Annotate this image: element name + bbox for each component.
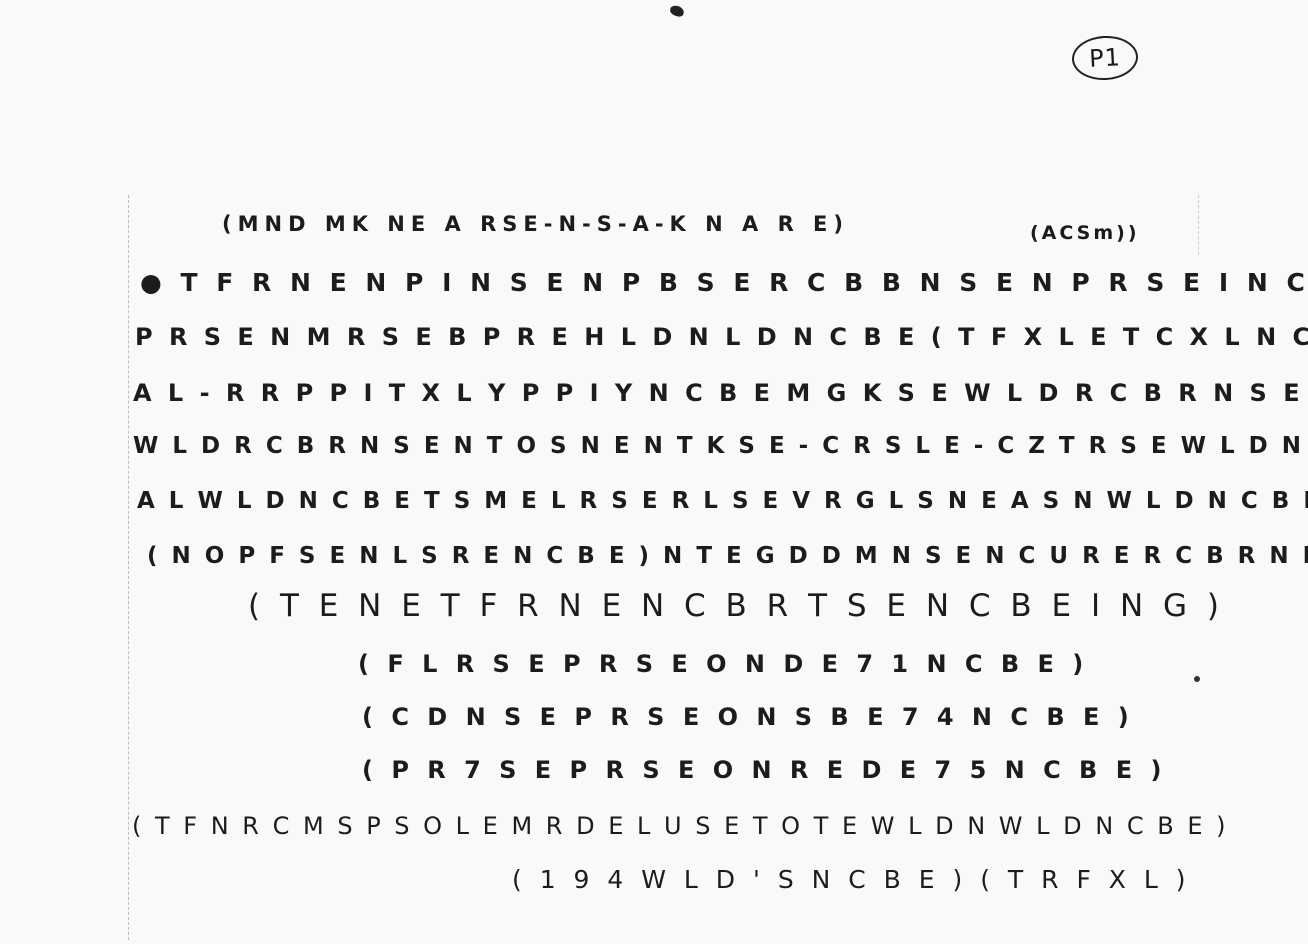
cipher-line-4: W L D R C B R N S E N T O S N E N T K S … (133, 433, 1308, 459)
cipher-line-6: ( N O P F S E N L S R E N C B E ) N T E … (147, 543, 1308, 569)
document-page: P1 (ACSm)) (MND MK NE A RSE-N-S-A-K N A … (0, 0, 1308, 944)
ink-blot (669, 4, 685, 17)
cipher-line-8: ( F L R S E P R S E O N D E 7 1 N C B E … (358, 650, 1088, 678)
cipher-line-2: P R S E N M R S E B P R E H L D N L D N … (135, 323, 1308, 351)
cipher-line-9: ( C D N S E P R S E O N S B E 7 4 N C B … (362, 703, 1134, 731)
cipher-line-5: A L W L D N C B E T S M E L R S E R L S … (137, 488, 1308, 514)
left-margin-line (128, 195, 129, 940)
cipher-line-11: ( T F N R C M S P S O L E M R D E L U S … (132, 812, 1229, 840)
page-number-circled: P1 (1071, 34, 1139, 81)
cipher-line-3: A L - R R P P I T X L Y P P I Y N C B E … (133, 379, 1308, 407)
cipher-line-1: ● T F R N E N P I N S E N P B S E R C B … (140, 268, 1308, 297)
corner-annotation: (ACSm)) (1030, 222, 1140, 244)
right-margin-mark (1198, 195, 1199, 255)
cipher-header-line: (MND MK NE A RSE-N-S-A-K N A R E) (222, 212, 849, 236)
cipher-line-12: ( 1 9 4 W L D ' S N C B E ) ( T R F X L … (512, 865, 1191, 894)
ink-dot (1194, 676, 1200, 682)
cipher-line-7: ( T E N E T F R N E N C B R T S E N C B … (248, 588, 1224, 624)
cipher-line-10: ( P R 7 S E P R S E O N R E D E 7 5 N C … (362, 756, 1166, 784)
